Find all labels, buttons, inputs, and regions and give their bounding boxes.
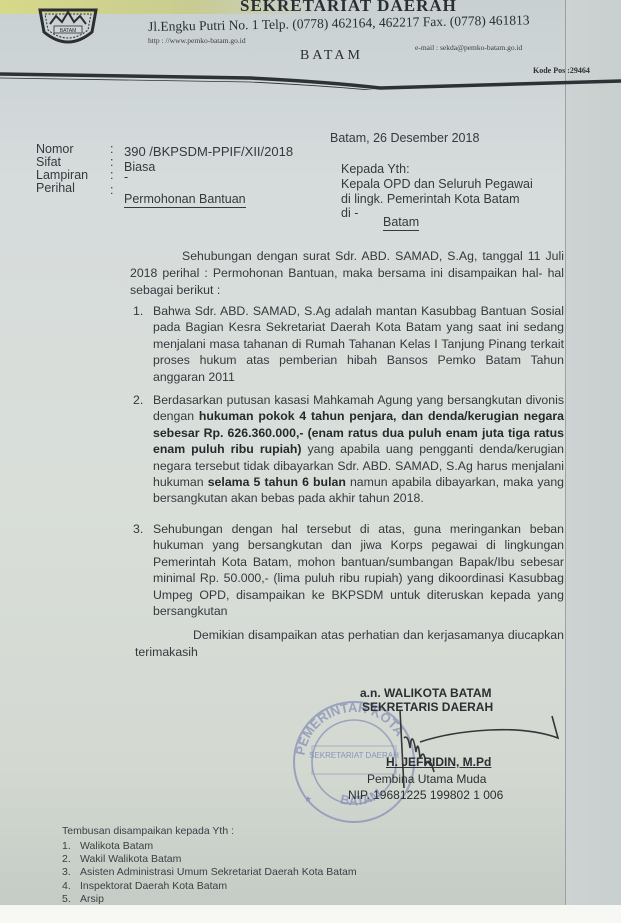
paper-fold-edge	[565, 0, 621, 905]
recipient-line-2: di lingk. Pemerintah Kota Batam	[341, 192, 520, 206]
letterhead-email: e-mail : sekda@pemko-batam.go.id	[415, 43, 522, 52]
meta-value-nomor: 390 /BKPSDM-PPIF/XII/2018	[124, 144, 293, 159]
meta-value-perihal: Permohonan Bantuan	[124, 192, 246, 208]
svg-text:★: ★	[304, 794, 312, 804]
letter-date: Batam, 26 Desember 2018	[330, 131, 479, 145]
signatory-rank: Pembina Utama Muda	[367, 772, 486, 786]
meta-colon: :	[110, 168, 113, 182]
cc-number: 5.	[62, 893, 71, 906]
meta-label-nomor: Nomor	[36, 142, 74, 156]
cc-title: Tembusan disampaikan kepada Yth :	[62, 825, 234, 838]
meta-value-lampiran: -	[124, 170, 128, 184]
cc-number: 2.	[62, 853, 71, 866]
cc-item: Asisten Administrasi Umum Sekretariat Da…	[80, 866, 357, 879]
meta-label-lampiran: Lampiran	[36, 168, 88, 182]
point-2: 2. Berdasarkan putusan kasasi Mahkamah A…	[153, 392, 564, 507]
meta-colon: :	[110, 155, 113, 169]
background-strip	[0, 905, 621, 923]
cc-number: 1.	[62, 840, 71, 853]
meta-value-sifat: Biasa	[124, 160, 155, 174]
recipient-line-3: di -	[341, 206, 358, 220]
svg-text:BATAM: BATAM	[60, 28, 76, 34]
cc-item: Inspektorat Daerah Kota Batam	[80, 880, 227, 893]
point-3: 3. Sehubungan dengan hal tersebut di ata…	[153, 521, 564, 619]
meta-label-sifat: Sifat	[36, 155, 61, 169]
point-1: 1. Bahwa Sdr. ABD. SAMAD, S.Ag adalah ma…	[153, 303, 564, 385]
signature-on-behalf: a.n. WALIKOTA BATAM	[360, 686, 492, 700]
closing-paragraph: Demikian disampaikan atas perhatian dan …	[135, 627, 564, 661]
meta-colon: :	[110, 142, 113, 156]
recipient-greeting: Kepada Yth:	[341, 162, 410, 176]
point-number: 1.	[133, 303, 143, 319]
point-number: 2.	[133, 392, 143, 408]
signatory-name: H. JEFRIDIN, M.Pd	[386, 755, 491, 769]
cc-item: Arsip	[80, 893, 104, 906]
letterhead-divider	[0, 60, 621, 90]
batam-emblem-logo-icon: BATAM	[36, 6, 100, 50]
point-number: 3.	[133, 521, 143, 537]
cc-number: 4.	[62, 880, 71, 893]
recipient-city: Batam	[383, 215, 419, 231]
meta-label-perihal: Perihal	[36, 181, 75, 195]
meta-colon: :	[110, 183, 113, 197]
recipient-line-1: Kepala OPD dan Seluruh Pegawai	[341, 177, 533, 191]
cc-item: Walikota Batam	[80, 840, 153, 853]
intro-paragraph: Sehubungan dengan surat Sdr. ABD. SAMAD,…	[130, 248, 564, 299]
signatory-nip: NIP. 19681225 199802 1 006	[348, 788, 503, 802]
cc-number: 3.	[62, 866, 71, 879]
letterhead-website: http : //www.pemko-batam.go.id	[148, 36, 246, 45]
cc-item: Wakil Walikota Batam	[80, 853, 181, 866]
